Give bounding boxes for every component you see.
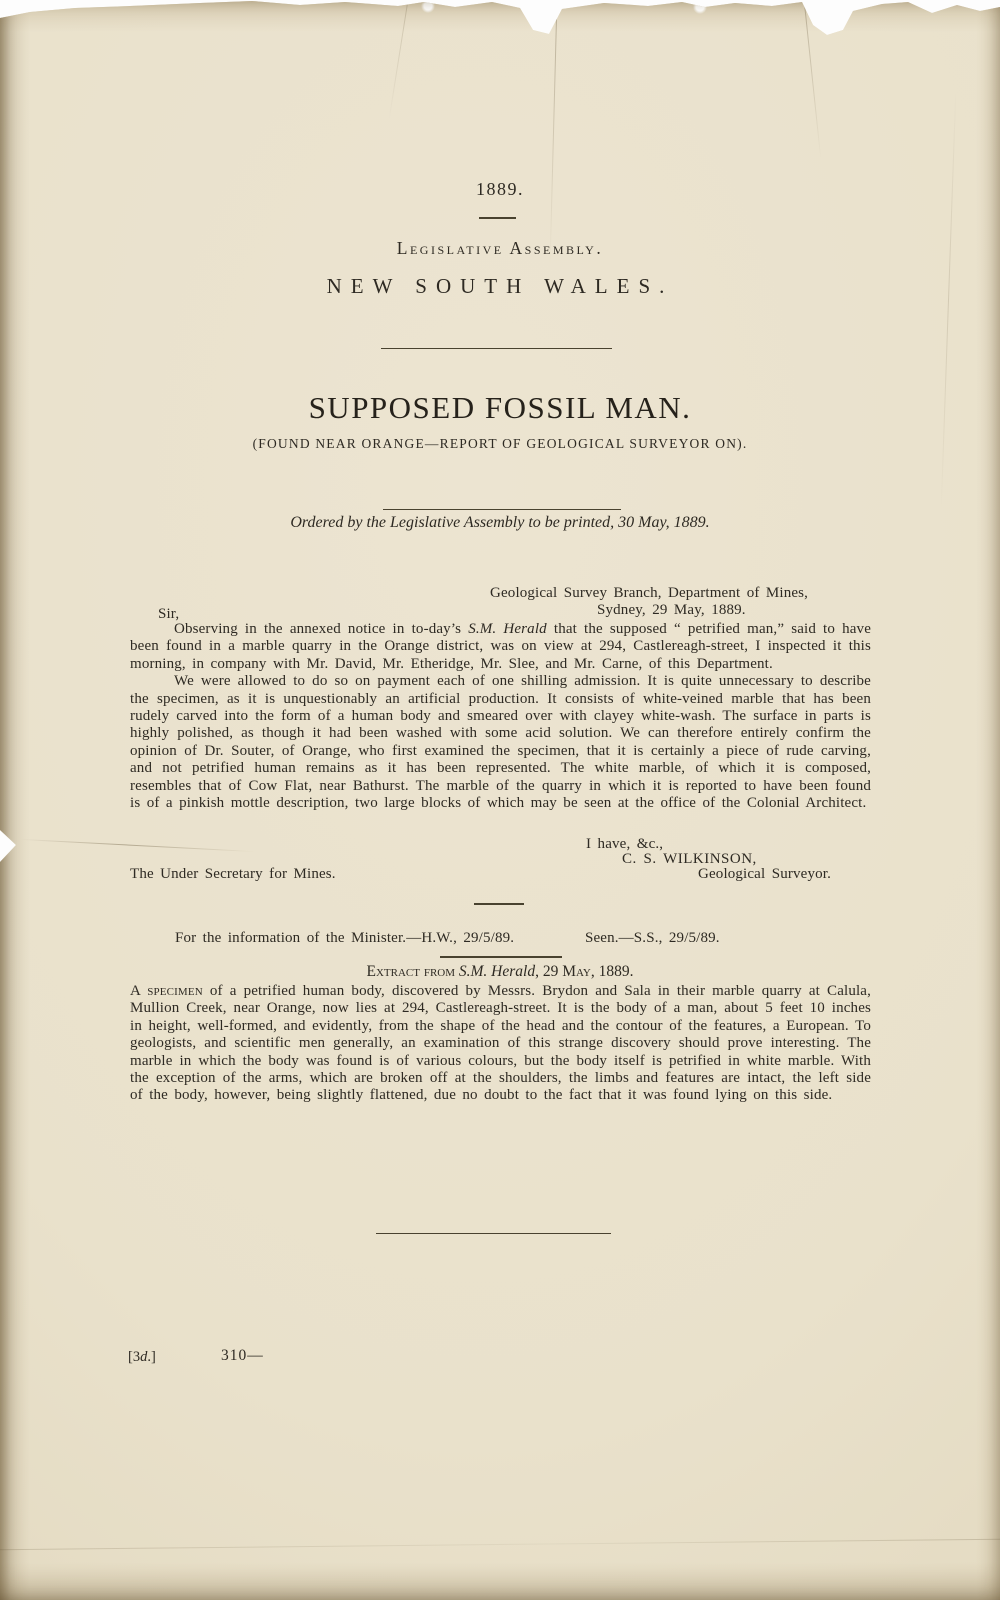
assembly-heading: Legislative Assembly. xyxy=(0,238,1000,259)
footer-price: [3d.] xyxy=(128,1349,156,1366)
order-line: Ordered by the Legislative Assembly to b… xyxy=(0,514,1000,532)
extract-heading-label: Extract from xyxy=(366,963,458,980)
address-line-1: Geological Survey Branch, Department of … xyxy=(490,585,808,602)
extract-paragraph-text: of a petrified human body, discovered by… xyxy=(130,983,871,1103)
year-heading: 1889. xyxy=(0,179,1000,200)
paper-crease xyxy=(0,1539,1000,1550)
minute-note-right: Seen.—S.S., 29/5/89. xyxy=(585,930,720,947)
extract-heading-herald-italic: S.M. Herald xyxy=(459,963,535,980)
paper-crease xyxy=(20,839,255,852)
document-subtitle: (FOUND NEAR ORANGE—REPORT OF GEOLOGICAL … xyxy=(0,436,1000,452)
divider-rule-bottom xyxy=(376,1233,611,1234)
extract-heading-date: , 29 May, 1889. xyxy=(535,963,633,980)
paper-crease xyxy=(389,1,409,120)
paper-crease xyxy=(550,0,558,265)
divider-rule-year xyxy=(479,217,516,219)
extract-heading: Extract from S.M. Herald, 29 May, 1889. xyxy=(0,963,1000,981)
document-title: SUPPOSED FOSSIL MAN. xyxy=(0,390,1000,426)
footer-price-pre: [3 xyxy=(128,1349,140,1365)
footer-paper-number: 310— xyxy=(221,1347,264,1365)
page-background: 1889. Legislative Assembly. NEW SOUTH WA… xyxy=(0,0,1000,1600)
letter-paragraph-1: Observing in the annexed notice in to-da… xyxy=(130,621,871,673)
letter-paragraph-1-text: Observing in the annexed notice in to-da… xyxy=(174,621,468,637)
state-heading: NEW SOUTH WALES. xyxy=(0,274,1000,299)
address-line-2: Sydney, 29 May, 1889. xyxy=(597,602,746,619)
paper-crease xyxy=(804,0,822,159)
letter-body: Observing in the annexed notice in to-da… xyxy=(130,621,871,812)
paper-sheet: 1889. Legislative Assembly. NEW SOUTH WA… xyxy=(0,0,1000,1600)
letter-paragraph-2: We were allowed to do so on payment each… xyxy=(130,673,871,812)
divider-rule-state xyxy=(381,348,612,349)
divider-rule-signature xyxy=(474,903,524,905)
herald-name-italic: S.M. Herald xyxy=(468,621,547,637)
signature-title: Geological Surveyor. xyxy=(698,866,831,883)
extract-paragraph: A specimen of a petrified human body, di… xyxy=(130,983,871,1105)
divider-rule-order xyxy=(383,509,621,510)
extract-lead-smallcaps: A specimen xyxy=(130,983,203,999)
minute-note-left: For the information of the Minister.—H.W… xyxy=(175,930,514,947)
addressee-line: The Under Secretary for Mines. xyxy=(130,866,336,883)
divider-rule-minute xyxy=(440,956,562,958)
footer-price-post: .] xyxy=(147,1349,155,1365)
